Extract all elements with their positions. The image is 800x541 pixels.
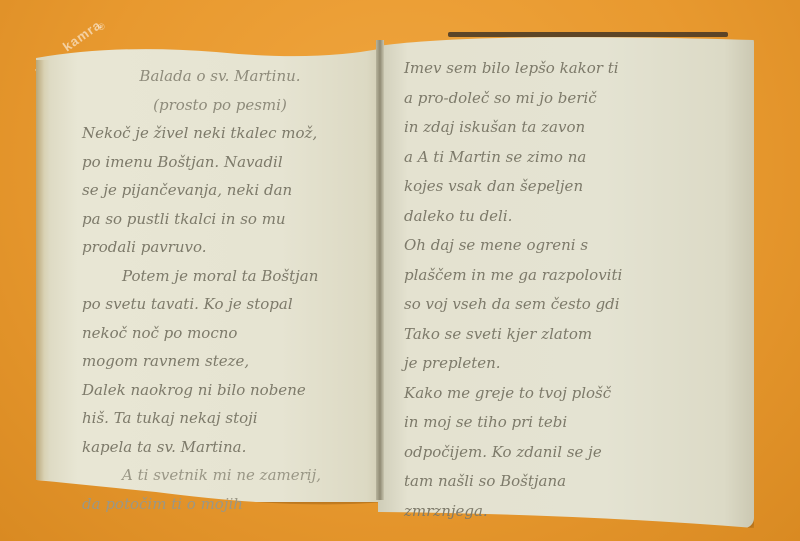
text-line: Kako me greje to tvoj plošč (404, 379, 622, 409)
text-line: so voj vseh da sem često gdi (404, 290, 622, 320)
text-line: kapela ta sv. Martina. (82, 433, 350, 462)
text-line: je prepleten. (404, 349, 622, 379)
text-line: se je pijančevanja, neki dan (82, 176, 350, 205)
registered-mark: ® (98, 22, 105, 32)
poem-subtitle: (prosto po pesmi) (90, 91, 350, 120)
text-line: hiš. Ta tukaj nekaj stoji (82, 404, 350, 433)
text-line: zmrznjega. (404, 497, 622, 527)
notebook-gutter (376, 40, 384, 500)
left-page-edge (36, 60, 50, 480)
left-page-text: Balada o sv. Martinu. (prosto po pesmi) … (82, 62, 350, 518)
text-line: nekoč noč po mocno (82, 319, 350, 348)
text-line: Imev sem bilo lepšo kakor ti (404, 54, 622, 84)
text-line: mogom ravnem steze, (82, 347, 350, 376)
notebook-spine (448, 32, 728, 37)
text-line: Dalek naokrog ni bilo nobene (82, 376, 350, 405)
text-line: a A ti Martin se zimo na (404, 143, 622, 173)
text-line: po imenu Boštjan. Navadil (82, 148, 350, 177)
text-line: in zdaj iskušan ta zavon (404, 113, 622, 143)
text-line: tam našli so Boštjana (404, 467, 622, 497)
text-line: A ti svetnik mi ne zamerij, (82, 461, 350, 490)
poem-title: Balada o sv. Martinu. (90, 62, 350, 91)
text-line: kojes vsak dan šepeljen (404, 172, 622, 202)
text-line: Oh daj se mene ogreni s (404, 231, 622, 261)
text-line: plaščem in me ga razpoloviti (404, 261, 622, 291)
text-line: Tako se sveti kjer zlatom (404, 320, 622, 350)
text-line: Potem je moral ta Boštjan (82, 262, 350, 291)
text-line: odpočijem. Ko zdanil se je (404, 438, 622, 468)
text-line: in moj se tiho pri tebi (404, 408, 622, 438)
text-line: prodali pavruvo. (82, 233, 350, 262)
text-line: a pro-doleč so mi jo berič (404, 84, 622, 114)
text-line: pa so pustli tkalci in so mu (82, 205, 350, 234)
text-line: daleko tu deli. (404, 202, 622, 232)
text-line: da potočim ti o mojih (82, 490, 350, 519)
text-line: Nekoč je živel neki tkalec mož, (82, 119, 350, 148)
text-line: po svetu tavati. Ko je stopal (82, 290, 350, 319)
right-page-text: Imev sem bilo lepšo kakor ti a pro-doleč… (404, 54, 622, 526)
